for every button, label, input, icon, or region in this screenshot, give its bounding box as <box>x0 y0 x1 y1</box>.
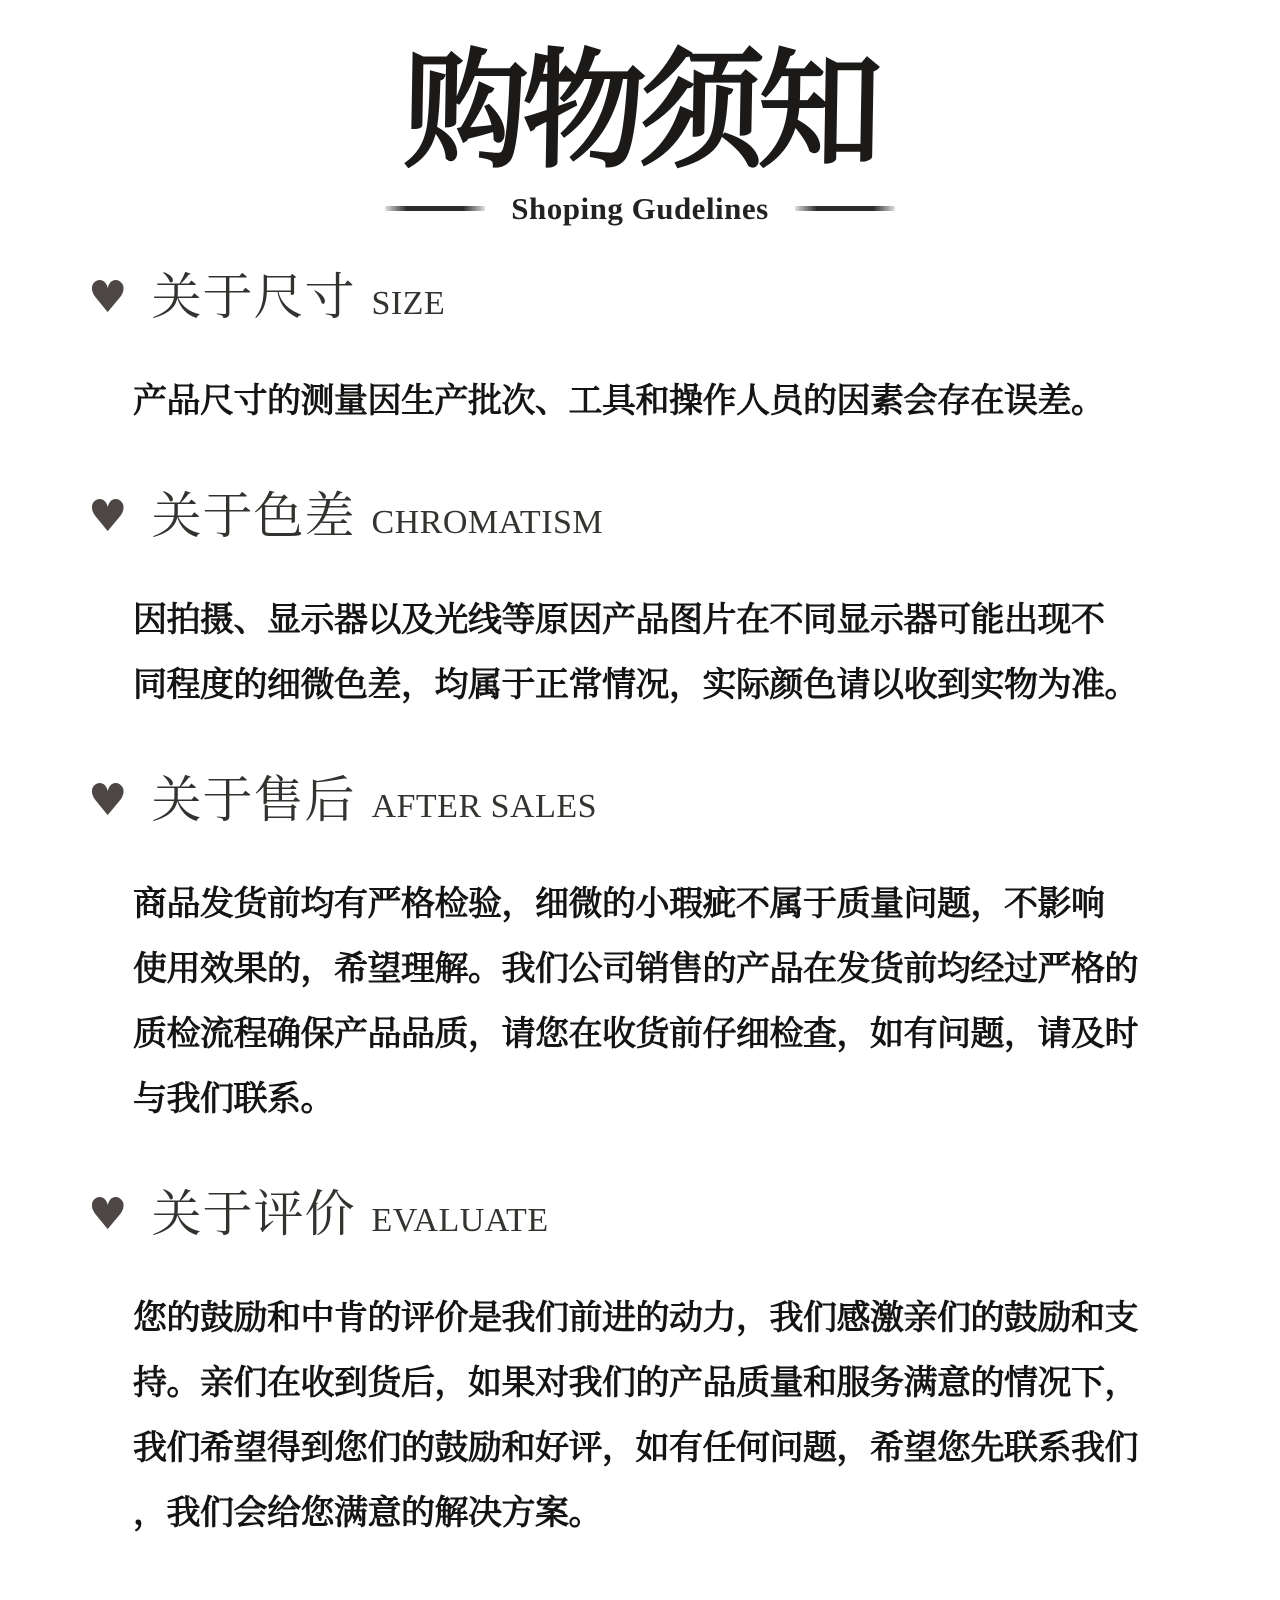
section-chromatism-paragraph: 因拍摄、显示器以及光线等原因产品图片在不同显示器可能出现不 同程度的细微色差，均… <box>133 588 1210 718</box>
section-size-paragraph: 产品尺寸的测量因生产批次、工具和操作人员的因素会存在误差。 <box>133 369 1210 434</box>
page-title: 购物须知 <box>403 45 877 179</box>
section-chromatism-title-en: CHROMATISM <box>371 504 603 542</box>
page-subtitle: Shoping Gudelines <box>511 191 768 227</box>
paragraph-line: 使用效果的，希望理解。我们公司销售的产品在发货前均经过严格的 <box>133 937 1210 1002</box>
right-divider-line <box>795 206 895 211</box>
paragraph-line: 同程度的细微色差，均属于正常情况，实际颜色请以收到实物为准。 <box>133 653 1210 718</box>
page-header: 购物须知 Shoping Gudelines <box>0 0 1280 227</box>
section-evaluate: ♥ 关于评价 EVALUATE 您的鼓励和中肯的评价是我们前进的动力，我们感激亲… <box>88 1184 1210 1546</box>
paragraph-line: ，我们会给您满意的解决方案。 <box>133 1481 1210 1546</box>
section-after-sales-title-cn: 关于售后 <box>151 770 355 830</box>
paragraph-line: 与我们联系。 <box>133 1067 1210 1132</box>
heart-icon: ♥ <box>88 779 127 823</box>
subtitle-row: Shoping Gudelines <box>0 191 1280 227</box>
heart-icon: ♥ <box>88 276 127 320</box>
paragraph-line: 商品发货前均有严格检验，细微的小瑕疵不属于质量问题，不影响 <box>133 872 1210 937</box>
section-size-heading: ♥ 关于尺寸 SIZE <box>88 267 1210 327</box>
paragraph-line: 您的鼓励和中肯的评价是我们前进的动力，我们感激亲们的鼓励和支 <box>133 1286 1210 1351</box>
section-chromatism: ♥ 关于色差 CHROMATISM 因拍摄、显示器以及光线等原因产品图片在不同显… <box>88 486 1210 718</box>
section-after-sales-title-en: AFTER SALES <box>371 788 597 826</box>
section-chromatism-title-cn: 关于色差 <box>151 486 355 546</box>
paragraph-line: 持。亲们在收到货后，如果对我们的产品质量和服务满意的情况下， <box>133 1351 1210 1416</box>
heart-icon: ♥ <box>88 495 127 539</box>
paragraph-line: 我们希望得到您们的鼓励和好评，如有任何问题，希望您先联系我们 <box>133 1416 1210 1481</box>
section-evaluate-title-en: EVALUATE <box>371 1202 548 1240</box>
section-size-title-en: SIZE <box>371 285 445 323</box>
section-size-title-cn: 关于尺寸 <box>151 267 355 327</box>
heart-icon: ♥ <box>88 1193 127 1237</box>
paragraph-line: 产品尺寸的测量因生产批次、工具和操作人员的因素会存在误差。 <box>133 369 1210 434</box>
section-after-sales: ♥ 关于售后 AFTER SALES 商品发货前均有严格检验，细微的小瑕疵不属于… <box>88 770 1210 1132</box>
left-divider-line <box>385 206 485 211</box>
paragraph-line: 质检流程确保产品品质，请您在收货前仔细检查，如有问题，请及时 <box>133 1002 1210 1067</box>
section-evaluate-heading: ♥ 关于评价 EVALUATE <box>88 1184 1210 1244</box>
paragraph-line: 因拍摄、显示器以及光线等原因产品图片在不同显示器可能出现不 <box>133 588 1210 653</box>
section-size: ♥ 关于尺寸 SIZE 产品尺寸的测量因生产批次、工具和操作人员的因素会存在误差… <box>88 267 1210 434</box>
section-chromatism-heading: ♥ 关于色差 CHROMATISM <box>88 486 1210 546</box>
section-evaluate-paragraph: 您的鼓励和中肯的评价是我们前进的动力，我们感激亲们的鼓励和支 持。亲们在收到货后… <box>133 1286 1210 1546</box>
section-after-sales-heading: ♥ 关于售后 AFTER SALES <box>88 770 1210 830</box>
section-after-sales-paragraph: 商品发货前均有严格检验，细微的小瑕疵不属于质量问题，不影响 使用效果的，希望理解… <box>133 872 1210 1132</box>
section-evaluate-title-cn: 关于评价 <box>151 1184 355 1244</box>
